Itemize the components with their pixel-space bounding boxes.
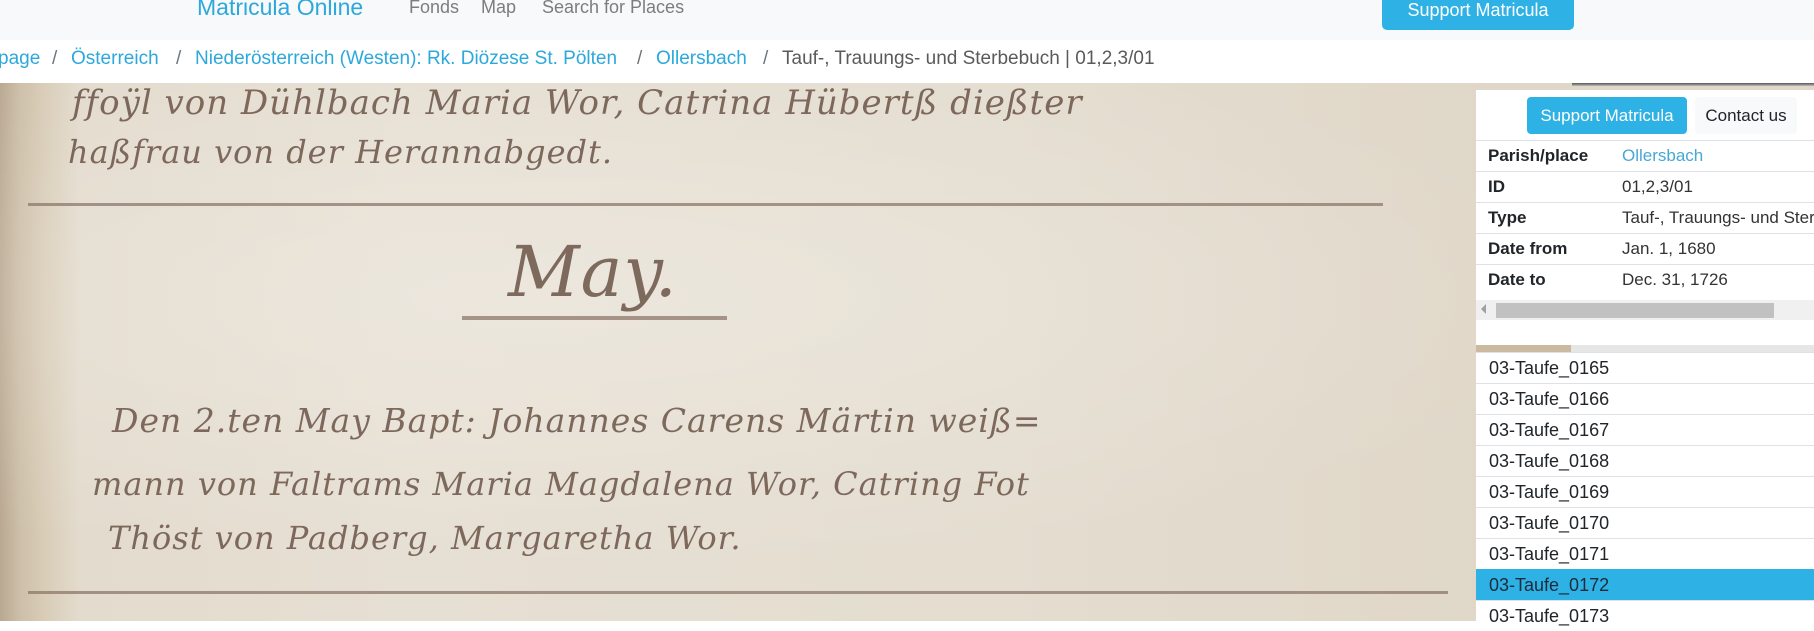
breadcrumb-oesterreich-link[interactable]: Österreich: [71, 48, 159, 70]
meta-label: ID: [1488, 177, 1505, 197]
meta-value: Dec. 31, 1726: [1622, 270, 1728, 290]
manuscript-line: haßfrau von der Herannabgedt.: [68, 133, 613, 171]
heading-underline: [462, 316, 727, 320]
manuscript-heading: May.: [508, 231, 678, 313]
ruled-line: [28, 203, 1383, 206]
page-list-item[interactable]: 03-Taufe_0165: [1476, 352, 1814, 383]
meta-value: Tauf-, Trauungs- und Sterbebuch: [1622, 208, 1814, 228]
page-list-item[interactable]: 03-Taufe_0166: [1476, 383, 1814, 414]
breadcrumb-home-link[interactable]: page: [0, 48, 40, 70]
top-navbar: Matricula Online Fonds Map Search for Pl…: [0, 0, 1814, 40]
scrollbar-thumb[interactable]: [1496, 303, 1774, 318]
sidebar-support-matricula-button[interactable]: Support Matricula: [1527, 97, 1687, 134]
breadcrumb-diocese-link[interactable]: Niederösterreich (Westen): Rk. Diözese S…: [195, 48, 617, 70]
meta-row-id: ID 01,2,3/01: [1476, 171, 1814, 202]
nav-link-map[interactable]: Map: [481, 0, 516, 18]
page-list-item[interactable]: 03-Taufe_0169: [1476, 476, 1814, 507]
meta-row-parish: Parish/place Ollersbach: [1476, 140, 1814, 171]
page-list-item-active[interactable]: 03-Taufe_0172: [1476, 569, 1814, 600]
page-list-item[interactable]: 03-Taufe_0170: [1476, 507, 1814, 538]
manuscript-line: mann von Faltrams Maria Magdalena Wor, C…: [92, 465, 1030, 503]
meta-row-date-to: Date to Dec. 31, 1726: [1476, 264, 1814, 295]
manuscript-line: Thöst von Padberg, Margaretha Wor.: [108, 519, 742, 557]
scroll-left-arrow-icon[interactable]: [1481, 304, 1486, 314]
sidebar-shadow: [1572, 83, 1814, 86]
meta-row-date-from: Date from Jan. 1, 1680: [1476, 233, 1814, 264]
manuscript-line: ffoÿl von Dühlbach Maria Wor, Catrina Hü…: [72, 83, 1083, 123]
manuscript-line: Den 2.ten May Bapt: Johannes Carens Märt…: [112, 401, 1041, 440]
meta-value: Jan. 1, 1680: [1622, 239, 1716, 259]
parish-link[interactable]: Ollersbach: [1622, 146, 1703, 166]
page-list-item[interactable]: 03-Taufe_0173: [1476, 600, 1814, 621]
meta-row-type: Type Tauf-, Trauungs- und Sterbebuch: [1476, 202, 1814, 233]
brand-logo-link[interactable]: Matricula Online: [197, 0, 363, 21]
meta-label: Date from: [1488, 239, 1567, 259]
breadcrumb-separator: /: [176, 48, 181, 70]
page-list-item[interactable]: 03-Taufe_0167: [1476, 414, 1814, 445]
meta-label: Parish/place: [1488, 146, 1588, 166]
support-matricula-button[interactable]: Support Matricula: [1382, 0, 1574, 30]
breadcrumb-current: Tauf-, Trauungs- und Sterbebuch | 01,2,3…: [782, 48, 1155, 70]
page-list-item[interactable]: 03-Taufe_0168: [1476, 445, 1814, 476]
ruled-line: [28, 591, 1448, 594]
nav-link-fonds[interactable]: Fonds: [409, 0, 459, 18]
meta-value: 01,2,3/01: [1622, 177, 1693, 197]
contact-us-button[interactable]: Contact us: [1695, 97, 1797, 134]
breadcrumb-parish-link[interactable]: Ollersbach: [656, 48, 747, 70]
image-peek-strip: [1476, 345, 1571, 352]
breadcrumb-separator: /: [52, 48, 57, 70]
page-list-item[interactable]: 03-Taufe_0171: [1476, 538, 1814, 569]
page-list: 03-Taufe_0165 03-Taufe_0166 03-Taufe_016…: [1476, 352, 1814, 621]
meta-label: Date to: [1488, 270, 1546, 290]
meta-label: Type: [1488, 208, 1526, 228]
metadata-horizontal-scrollbar[interactable]: [1476, 300, 1814, 320]
breadcrumb-separator: /: [763, 48, 768, 70]
nav-link-search-places[interactable]: Search for Places: [542, 0, 684, 18]
breadcrumb-separator: /: [637, 48, 642, 70]
